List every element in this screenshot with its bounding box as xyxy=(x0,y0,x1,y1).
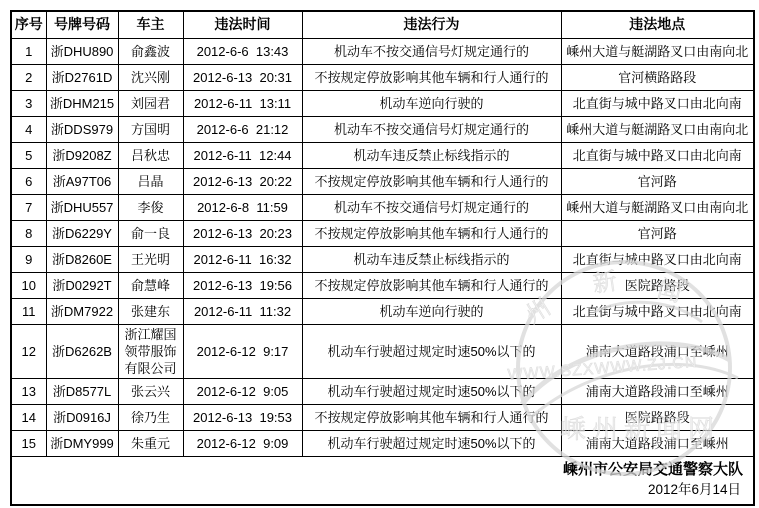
table-row: 15浙DMY999朱重元2012-6-12 9:09机动车行驶超过规定时速50%… xyxy=(11,430,754,456)
cell-owner: 俞鑫波 xyxy=(118,38,183,64)
cell-plate: 浙D8577L xyxy=(46,378,118,404)
cell-plate: 浙D6262B xyxy=(46,324,118,378)
cell-no: 3 xyxy=(11,90,46,116)
cell-violation: 机动车行驶超过规定时速50%以下的 xyxy=(302,430,561,456)
cell-no: 4 xyxy=(11,116,46,142)
cell-no: 12 xyxy=(11,324,46,378)
cell-no: 10 xyxy=(11,272,46,298)
cell-location: 北直街与城中路叉口由北向南 xyxy=(561,142,754,168)
cell-owner: 方国明 xyxy=(118,116,183,142)
cell-plate: 浙D0916J xyxy=(46,404,118,430)
cell-time: 2012-6-11 12:44 xyxy=(183,142,302,168)
cell-location: 医院路路段 xyxy=(561,272,754,298)
cell-owner: 沈兴刚 xyxy=(118,64,183,90)
header-no: 序号 xyxy=(11,11,46,38)
cell-plate: 浙D8260E xyxy=(46,246,118,272)
cell-violation: 机动车行驶超过规定时速50%以下的 xyxy=(302,324,561,378)
table-row: 8浙D6229Y俞一良2012-6-13 20:23不按规定停放影响其他车辆和行… xyxy=(11,220,754,246)
cell-violation: 机动车违反禁止标线指示的 xyxy=(302,142,561,168)
cell-owner: 吕晶 xyxy=(118,168,183,194)
cell-violation: 机动车不按交通信号灯规定通行的 xyxy=(302,116,561,142)
cell-plate: 浙D2761D xyxy=(46,64,118,90)
cell-owner: 浙江耀国领带服饰有限公司 xyxy=(118,324,183,378)
cell-owner: 俞一良 xyxy=(118,220,183,246)
cell-owner: 徐乃生 xyxy=(118,404,183,430)
cell-violation: 机动车不按交通信号灯规定通行的 xyxy=(302,194,561,220)
cell-location: 浦南大道路段浦口至嵊州 xyxy=(561,324,754,378)
cell-violation: 不按规定停放影响其他车辆和行人通行的 xyxy=(302,272,561,298)
cell-no: 1 xyxy=(11,38,46,64)
cell-no: 14 xyxy=(11,404,46,430)
cell-location: 北直街与城中路叉口由北向南 xyxy=(561,246,754,272)
table-row: 9浙D8260E王光明2012-6-11 16:32机动车违反禁止标线指示的北直… xyxy=(11,246,754,272)
cell-plate: 浙DHM215 xyxy=(46,90,118,116)
cell-owner: 吕秋忠 xyxy=(118,142,183,168)
cell-no: 9 xyxy=(11,246,46,272)
cell-location: 嵊州大道与艇湖路叉口由南向北 xyxy=(561,38,754,64)
cell-time: 2012-6-11 16:32 xyxy=(183,246,302,272)
cell-owner: 张云兴 xyxy=(118,378,183,404)
cell-location: 北直街与城中路叉口由北向南 xyxy=(561,298,754,324)
cell-time: 2012-6-6 13:43 xyxy=(183,38,302,64)
table-row: 11浙DM7922张建东2012-6-11 11:32机动车逆向行驶的北直街与城… xyxy=(11,298,754,324)
cell-location: 嵊州大道与艇湖路叉口由南向北 xyxy=(561,116,754,142)
header-row: 序号 号牌号码 车主 违法时间 违法行为 违法地点 xyxy=(11,11,754,38)
cell-owner: 李俊 xyxy=(118,194,183,220)
cell-violation: 机动车逆向行驶的 xyxy=(302,90,561,116)
cell-plate: 浙DDS979 xyxy=(46,116,118,142)
cell-no: 13 xyxy=(11,378,46,404)
footer-row: 嵊州市公安局交通警察大队 2012年6月14日 xyxy=(11,456,754,505)
cell-violation: 机动车逆向行驶的 xyxy=(302,298,561,324)
cell-time: 2012-6-11 11:32 xyxy=(183,298,302,324)
cell-violation: 不按规定停放影响其他车辆和行人通行的 xyxy=(302,64,561,90)
issuer-name: 嵊州市公安局交通警察大队 xyxy=(14,460,743,480)
table-row: 4浙DDS979方国明2012-6-6 21:12机动车不按交通信号灯规定通行的… xyxy=(11,116,754,142)
cell-time: 2012-6-13 19:53 xyxy=(183,404,302,430)
cell-no: 5 xyxy=(11,142,46,168)
cell-plate: 浙D6229Y xyxy=(46,220,118,246)
cell-plate: 浙A97T06 xyxy=(46,168,118,194)
header-location: 违法地点 xyxy=(561,11,754,38)
cell-plate: 浙D9208Z xyxy=(46,142,118,168)
cell-owner: 朱重元 xyxy=(118,430,183,456)
cell-time: 2012-6-13 20:31 xyxy=(183,64,302,90)
table-row: 13浙D8577L张云兴2012-6-12 9:05机动车行驶超过规定时速50%… xyxy=(11,378,754,404)
header-owner: 车主 xyxy=(118,11,183,38)
cell-violation: 不按规定停放影响其他车辆和行人通行的 xyxy=(302,220,561,246)
cell-violation: 机动车违反禁止标线指示的 xyxy=(302,246,561,272)
table-row: 1浙DHU890俞鑫波2012-6-6 13:43机动车不按交通信号灯规定通行的… xyxy=(11,38,754,64)
cell-no: 15 xyxy=(11,430,46,456)
cell-location: 官河横路路段 xyxy=(561,64,754,90)
cell-plate: 浙DHU890 xyxy=(46,38,118,64)
cell-time: 2012-6-6 21:12 xyxy=(183,116,302,142)
cell-no: 11 xyxy=(11,298,46,324)
cell-violation: 不按规定停放影响其他车辆和行人通行的 xyxy=(302,168,561,194)
cell-time: 2012-6-13 20:23 xyxy=(183,220,302,246)
cell-location: 官河路 xyxy=(561,168,754,194)
cell-owner: 王光明 xyxy=(118,246,183,272)
cell-owner: 俞慧峰 xyxy=(118,272,183,298)
cell-location: 浦南大道路段浦口至嵊州 xyxy=(561,430,754,456)
cell-plate: 浙D0292T xyxy=(46,272,118,298)
cell-plate: 浙DM7922 xyxy=(46,298,118,324)
table-row: 7浙DHU557李俊2012-6-8 11:59机动车不按交通信号灯规定通行的嵊… xyxy=(11,194,754,220)
cell-time: 2012-6-11 13:11 xyxy=(183,90,302,116)
table-row: 6浙A97T06吕晶2012-6-13 20:22不按规定停放影响其他车辆和行人… xyxy=(11,168,754,194)
cell-no: 6 xyxy=(11,168,46,194)
header-plate: 号牌号码 xyxy=(46,11,118,38)
page: 序号 号牌号码 车主 违法时间 违法行为 违法地点 1浙DHU890俞鑫波201… xyxy=(0,0,759,508)
cell-owner: 刘园君 xyxy=(118,90,183,116)
table-row: 12浙D6262B浙江耀国领带服饰有限公司2012-6-12 9:17机动车行驶… xyxy=(11,324,754,378)
cell-no: 2 xyxy=(11,64,46,90)
cell-violation: 不按规定停放影响其他车辆和行人通行的 xyxy=(302,404,561,430)
cell-violation: 机动车行驶超过规定时速50%以下的 xyxy=(302,378,561,404)
header-violation: 违法行为 xyxy=(302,11,561,38)
cell-time: 2012-6-13 20:22 xyxy=(183,168,302,194)
footer-cell: 嵊州市公安局交通警察大队 2012年6月14日 xyxy=(11,456,754,505)
cell-violation: 机动车不按交通信号灯规定通行的 xyxy=(302,38,561,64)
cell-location: 嵊州大道与艇湖路叉口由南向北 xyxy=(561,194,754,220)
cell-location: 北直街与城中路叉口由北向南 xyxy=(561,90,754,116)
cell-location: 浦南大道路段浦口至嵊州 xyxy=(561,378,754,404)
cell-plate: 浙DMY999 xyxy=(46,430,118,456)
issue-date: 2012年6月14日 xyxy=(14,480,743,499)
cell-time: 2012-6-12 9:05 xyxy=(183,378,302,404)
violations-table-body: 1浙DHU890俞鑫波2012-6-6 13:43机动车不按交通信号灯规定通行的… xyxy=(11,38,754,456)
table-row: 3浙DHM215刘园君2012-6-11 13:11机动车逆向行驶的北直街与城中… xyxy=(11,90,754,116)
table-row: 5浙D9208Z吕秋忠2012-6-11 12:44机动车违反禁止标线指示的北直… xyxy=(11,142,754,168)
cell-time: 2012-6-12 9:17 xyxy=(183,324,302,378)
cell-plate: 浙DHU557 xyxy=(46,194,118,220)
cell-owner: 张建东 xyxy=(118,298,183,324)
cell-location: 官河路 xyxy=(561,220,754,246)
cell-location: 医院路路段 xyxy=(561,404,754,430)
cell-time: 2012-6-12 9:09 xyxy=(183,430,302,456)
header-time: 违法时间 xyxy=(183,11,302,38)
cell-no: 7 xyxy=(11,194,46,220)
cell-no: 8 xyxy=(11,220,46,246)
table-row: 10浙D0292T俞慧峰2012-6-13 19:56不按规定停放影响其他车辆和… xyxy=(11,272,754,298)
cell-time: 2012-6-13 19:56 xyxy=(183,272,302,298)
table-row: 14浙D0916J徐乃生2012-6-13 19:53不按规定停放影响其他车辆和… xyxy=(11,404,754,430)
violations-table: 序号 号牌号码 车主 违法时间 违法行为 违法地点 1浙DHU890俞鑫波201… xyxy=(10,10,755,506)
cell-time: 2012-6-8 11:59 xyxy=(183,194,302,220)
table-row: 2浙D2761D沈兴刚2012-6-13 20:31不按规定停放影响其他车辆和行… xyxy=(11,64,754,90)
